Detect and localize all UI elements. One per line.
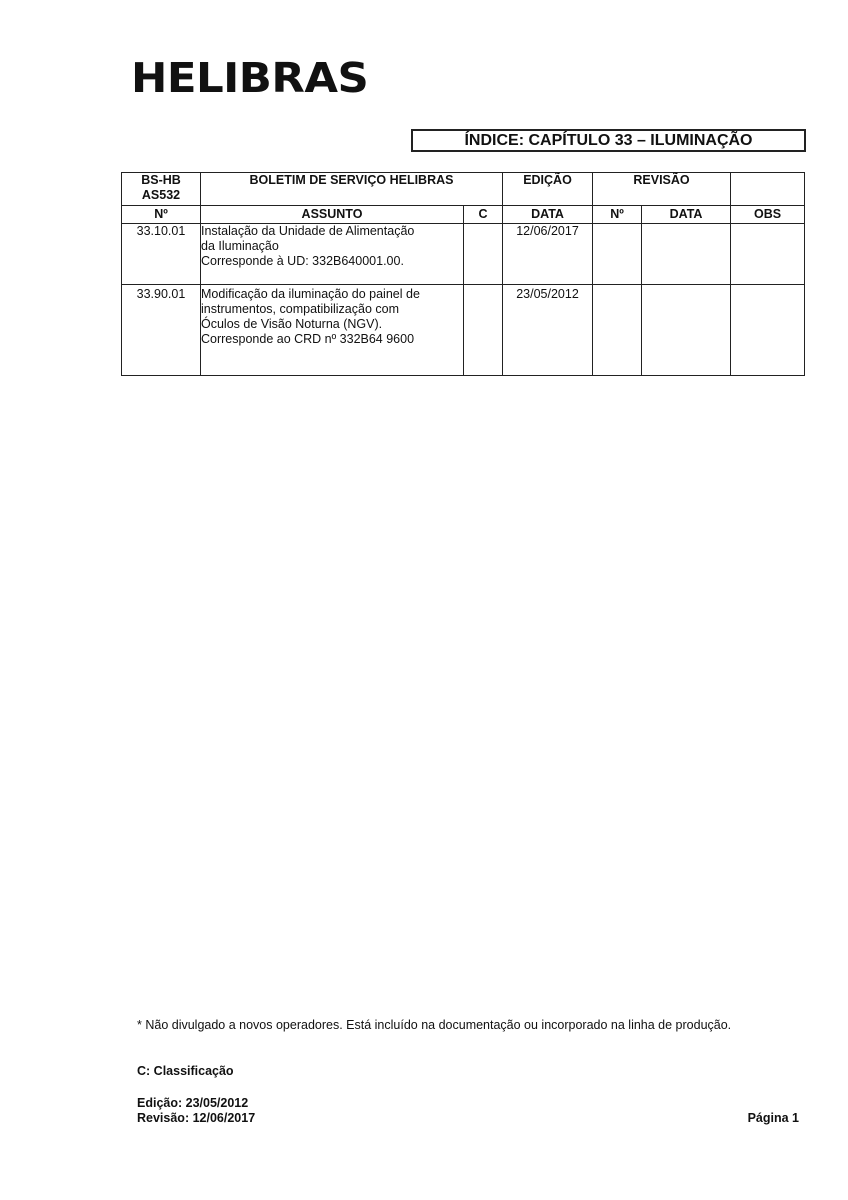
subject-line: Instalação da Unidade de Alimentação <box>201 224 463 239</box>
bulletin-subject: Instalação da Unidade de Alimentação da … <box>201 224 464 285</box>
header-bs-hb: BS-HBAS532 <box>122 173 201 206</box>
header-revisao-data: DATA <box>642 206 731 224</box>
classification-cell <box>464 224 503 285</box>
edition-date: 23/05/2012 <box>503 285 593 376</box>
obs-cell <box>731 224 805 285</box>
subject-line: Corresponde ao CRD nº 332B64 9600 <box>201 332 463 347</box>
subject-line: Óculos de Visão Noturna (NGV). <box>201 317 463 332</box>
edition-info: Edição: 23/05/2012 Revisão: 12/06/2017 <box>137 1096 255 1126</box>
revision-number <box>593 224 642 285</box>
classification-legend: C: Classificação <box>137 1064 234 1078</box>
bulletin-number: 33.90.01 <box>122 285 201 376</box>
header-c: C <box>464 206 503 224</box>
footnote: * Não divulgado a novos operadores. Está… <box>137 1018 799 1033</box>
index-title: ÍNDICE: CAPÍTULO 33 – ILUMINAÇÃO <box>411 129 806 152</box>
bulletin-subject: Modificação da iluminação do painel de i… <box>201 285 464 376</box>
header-assunto: ASSUNTO <box>201 206 464 224</box>
service-bulletin-index-table: BS-HBAS532 BOLETIM DE SERVIÇO HELIBRAS E… <box>121 172 805 376</box>
header-revisao: REVISÃO <box>593 173 731 206</box>
classification-cell <box>464 285 503 376</box>
page-number: Página 1 <box>748 1111 799 1126</box>
revision-date-label: Revisão: 12/06/2017 <box>137 1111 255 1126</box>
subject-line: Modificação da iluminação do painel de <box>201 287 463 302</box>
revision-date <box>642 285 731 376</box>
table-row: 33.90.01 Modificação da iluminação do pa… <box>122 285 805 376</box>
helibras-logo: HELIBRAS <box>131 56 368 100</box>
obs-cell <box>731 285 805 376</box>
header-revisao-num: Nº <box>593 206 642 224</box>
revision-date <box>642 224 731 285</box>
header-edicao: EDIÇÃO <box>503 173 593 206</box>
header-num: Nº <box>122 206 201 224</box>
header-edicao-data: DATA <box>503 206 593 224</box>
table-row: 33.10.01 Instalação da Unidade de Alimen… <box>122 224 805 285</box>
edition-date: 12/06/2017 <box>503 224 593 285</box>
subject-line: instrumentos, compatibilização com <box>201 302 463 317</box>
subject-line: Corresponde à UD: 332B640001.00. <box>201 254 463 269</box>
header-blank <box>731 173 805 206</box>
edition-date-label: Edição: 23/05/2012 <box>137 1096 255 1111</box>
revision-number <box>593 285 642 376</box>
header-boletim: BOLETIM DE SERVIÇO HELIBRAS <box>201 173 503 206</box>
table-header-row-1: BS-HBAS532 BOLETIM DE SERVIÇO HELIBRAS E… <box>122 173 805 206</box>
subject-line: da Iluminação <box>201 239 463 254</box>
bulletin-number: 33.10.01 <box>122 224 201 285</box>
table-header-row-2: Nº ASSUNTO C DATA Nº DATA OBS <box>122 206 805 224</box>
header-obs: OBS <box>731 206 805 224</box>
